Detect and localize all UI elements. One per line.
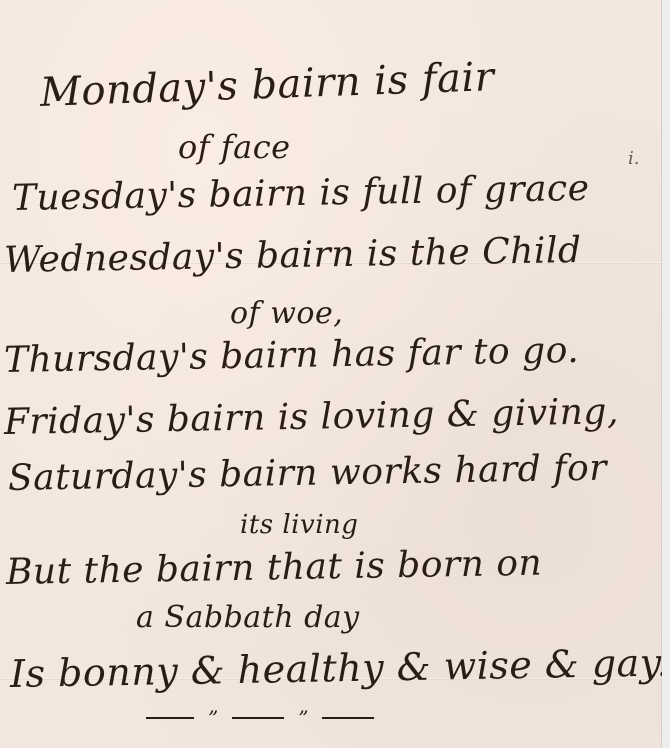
divider-dash (232, 717, 284, 719)
verse-line-wednesday: Wednesday's bairn is the Child (4, 230, 582, 281)
verse-line-saturday-cont: its living (240, 510, 358, 540)
verse-line-sabbath-cont: a Sabbath day (136, 600, 360, 635)
scan-edge (662, 0, 670, 748)
verse-line-sabbath: But the bairn that is born on (6, 543, 543, 593)
verse-line-tuesday: Tuesday's bairn is full of grace (12, 168, 590, 219)
verse-line-thursday: Thursday's bairn has far to go. (4, 330, 580, 381)
manuscript-page: Monday's bairn is fair of face Tuesday's… (0, 0, 662, 748)
closing-divider: ” ” (146, 712, 471, 724)
verse-line-saturday: Saturday's bairn works hard for (8, 448, 608, 499)
ditto-mark: ” (298, 712, 308, 724)
divider-dash (146, 717, 194, 719)
verse-line-closing: Is bonny & healthy & wise & gay. (10, 640, 670, 695)
verse-line-monday: Monday's bairn is fair (39, 54, 495, 116)
margin-mark: i. (628, 148, 639, 169)
verse-line-friday: Friday's bairn is loving & giving, (4, 391, 620, 443)
divider-dash (322, 717, 374, 719)
verse-line-wednesday-cont: of woe, (230, 296, 343, 331)
ditto-mark: ” (208, 712, 218, 724)
verse-line-monday-cont: of face (178, 128, 291, 166)
